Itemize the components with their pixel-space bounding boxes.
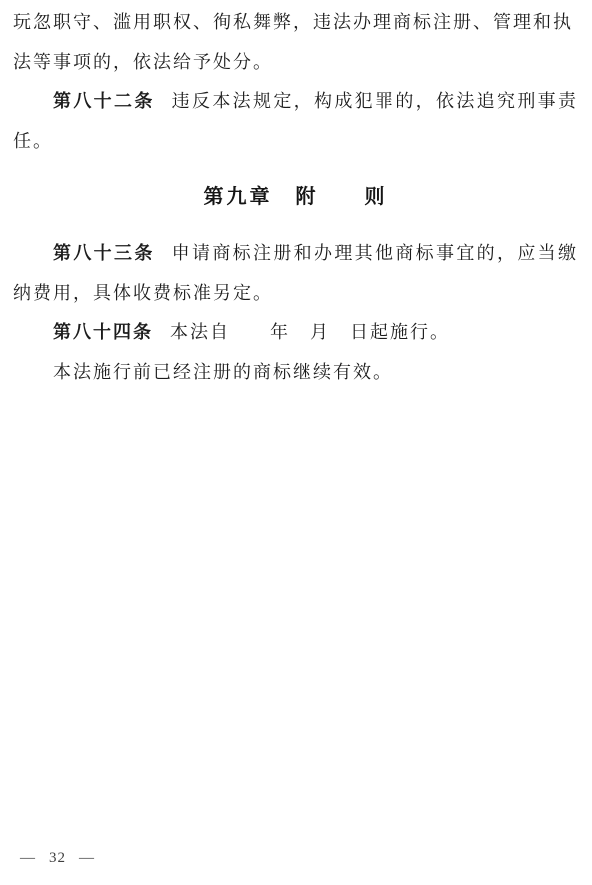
body-line: 玩忽职守、滥用职权、徇私舞弊，违法办理商标注册、管理和执	[13, 3, 578, 43]
text-block: 玩忽职守、滥用职权、徇私舞弊，违法办理商标注册、管理和执 法等事项的，依法给予处…	[0, 0, 592, 392]
body-line: 任。	[13, 122, 578, 162]
body-line: 纳费用，具体收费标准另定。	[13, 274, 578, 314]
article-number: 第八十三条	[53, 243, 155, 263]
document-page: 玩忽职守、滥用职权、徇私舞弊，违法办理商标注册、管理和执 法等事项的，依法给予处…	[0, 0, 592, 885]
chapter-heading: 第九章 附 则	[13, 175, 578, 219]
line-text: 申请商标注册和办理其他商标事宜的，应当缴	[172, 243, 578, 263]
page-footer: — 32 —	[20, 848, 95, 868]
line-text: 本法自 年 月 日起施行。	[170, 322, 450, 342]
footer-dash-right: —	[79, 848, 95, 868]
line-text: 违反本法规定，构成犯罪的，依法追究刑事责	[172, 91, 578, 111]
article-83-line: 第八十三条申请商标注册和办理其他商标事宜的，应当缴	[13, 234, 578, 274]
footer-dash-left: —	[20, 848, 36, 868]
article-number: 第八十四条	[53, 322, 153, 342]
body-line: 本法施行前已经注册的商标继续有效。	[13, 353, 578, 393]
page-number: 32	[49, 848, 66, 868]
body-line: 法等事项的，依法给予处分。	[13, 43, 578, 83]
article-82-line: 第八十二条违反本法规定，构成犯罪的，依法追究刑事责	[13, 82, 578, 122]
article-number: 第八十二条	[53, 91, 155, 111]
article-84-line: 第八十四条本法自 年 月 日起施行。	[13, 313, 578, 353]
